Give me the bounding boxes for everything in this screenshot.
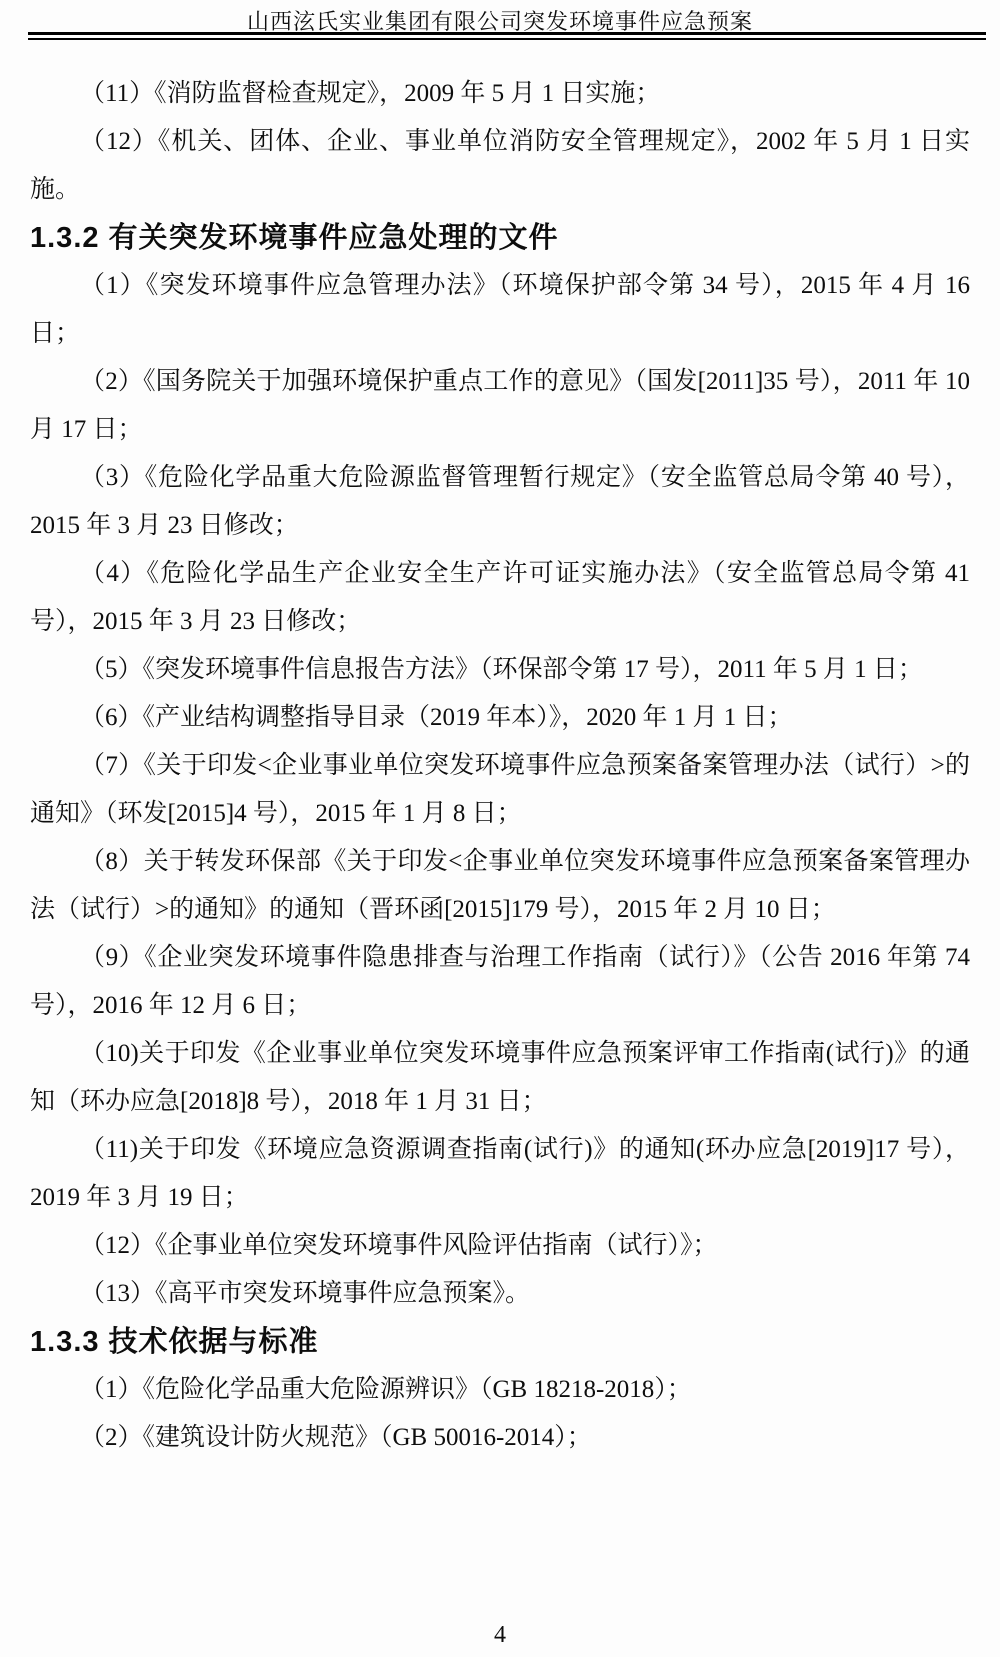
paragraph: （6）《产业结构调整指导目录（2019 年本）》，2020 年 1 月 1 日； <box>30 694 970 742</box>
paragraph: （2）《建筑设计防火规范》（GB 50016-2014）； <box>30 1414 970 1462</box>
paragraph: （12）《企事业单位突发环境事件风险评估指南（试行）》； <box>30 1222 970 1270</box>
page-number: 4 <box>0 1622 1000 1649</box>
paragraph: （4）《危险化学品生产企业安全生产许可证实施办法》（安全监管总局令第 41 号）… <box>30 550 970 646</box>
paragraph: （11）《消防监督检查规定》，2009 年 5 月 1 日实施； <box>30 70 970 118</box>
document-body: （11）《消防监督检查规定》，2009 年 5 月 1 日实施；（12）《机关、… <box>30 70 970 1462</box>
paragraph: （10)关于印发《企业事业单位突发环境事件应急预案评审工作指南(试行)》的通知（… <box>30 1030 970 1126</box>
paragraph: （11)关于印发《环境应急资源调查指南(试行)》的通知(环办应急[2019]17… <box>30 1126 970 1222</box>
paragraph: （8）关于转发环保部《关于印发<企事业单位突发环境事件应急预案备案管理办法（试行… <box>30 838 970 934</box>
header-divider <box>28 32 986 40</box>
paragraph: （1）《危险化学品重大危险源辨识》（GB 18218-2018）； <box>30 1366 970 1414</box>
paragraph: （2）《国务院关于加强环境保护重点工作的意见》（国发[2011]35 号），20… <box>30 358 970 454</box>
document-page: 山西泫氏实业集团有限公司突发环境事件应急预案 （11）《消防监督检查规定》，20… <box>0 0 1000 1657</box>
paragraph: （7）《关于印发<企业事业单位突发环境事件应急预案备案管理办法（试行）>的通知》… <box>30 742 970 838</box>
paragraph: （12）《机关、团体、企业、事业单位消防安全管理规定》，2002 年 5 月 1… <box>30 118 970 214</box>
section-heading: 1.3.3 技术依据与标准 <box>30 1318 970 1366</box>
paragraph: （5）《突发环境事件信息报告方法》（环保部令第 17 号），2011 年 5 月… <box>30 646 970 694</box>
paragraph: （3）《危险化学品重大危险源监督管理暂行规定》（安全监管总局令第 40 号），2… <box>30 454 970 550</box>
paragraph: （1）《突发环境事件应急管理办法》（环境保护部令第 34 号），2015 年 4… <box>30 262 970 358</box>
paragraph: （13）《高平市突发环境事件应急预案》。 <box>30 1270 970 1318</box>
section-heading: 1.3.2 有关突发环境事件应急处理的文件 <box>30 214 970 262</box>
paragraph: （9）《企业突发环境事件隐患排查与治理工作指南（试行）》（公告 2016 年第 … <box>30 934 970 1030</box>
